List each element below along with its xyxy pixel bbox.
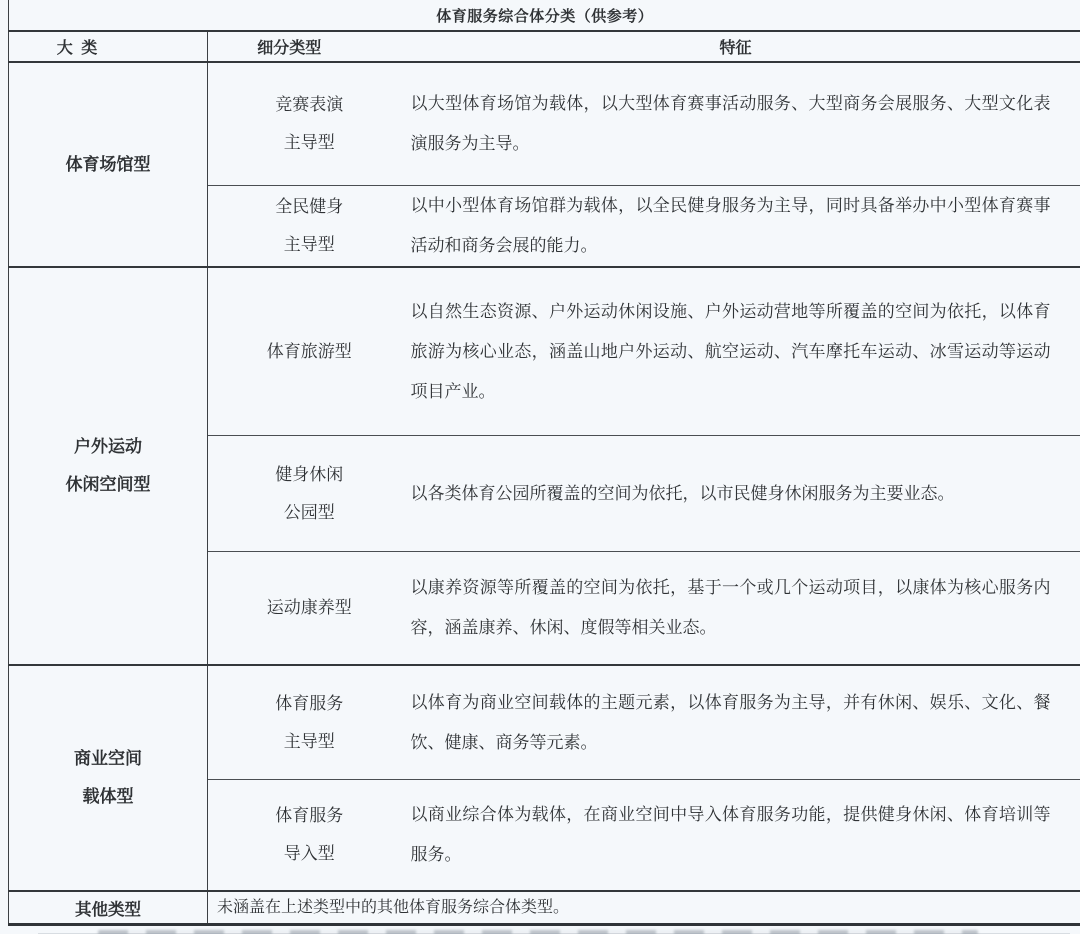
subtype-label: 体育旅游型 [267,333,352,371]
subtype-cell: 体育服务 导入型 [208,780,411,892]
table-row: 户外运动 休闲空间型 体育旅游型 以自然生态资源、户外运动休闲设施、户外运动营地… [9,267,1080,436]
feature-cell: 以大型体育场馆为载体，以大型体育赛事活动服务、大型商务会展服务、大型文化表演服务… [411,62,1080,186]
category-cell-other: 其他类型 [9,891,208,925]
category-cell: 商业空间 载体型 [9,665,208,891]
feature-cell: 以中小型体育场馆群为载体，以全民健身服务为主导，同时具备举办中小型体育赛事活动和… [411,186,1080,268]
category-label: 户外运动 [74,428,142,466]
cutoff-next-content [8,926,1080,934]
feature-cell: 以自然生态资源、户外运动休闲设施、户外运动营地等所覆盖的空间为依托，以体育旅游为… [411,267,1080,436]
subtype-label: 体育服务 [275,685,343,723]
feature-text: 以康养资源等所覆盖的空间为依托，基于一个或几个运动项目，以康体为核心服务内容，涵… [411,568,1080,648]
subtype-cell: 竞赛表演 主导型 [208,62,411,186]
feature-cell: 以各类体育公园所覆盖的空间为依托，以市民健身休闲服务为主要业态。 [411,436,1080,552]
document-sheet: 体育服务综合体分类（供参考） 大 类 细分类型 特征 体育场馆型 竞赛表演 主导… [0,0,1080,934]
category-label: 商业空间 [74,740,142,778]
column-header-feature: 特征 [411,31,1080,62]
subtype-label: 主导型 [284,723,335,761]
subtype-label: 健身休闲 [275,456,343,494]
subtype-label: 公园型 [284,494,335,532]
feature-cell-other: 未涵盖在上述类型中的其他体育服务综合体类型。 [208,891,1080,925]
subtype-label: 主导型 [284,226,335,264]
category-label: 休闲空间型 [66,466,151,504]
feature-text: 以体育为商业空间载体的主题元素，以体育服务为主导，并有休闲、娱乐、文化、餐饮、健… [411,683,1080,763]
subtype-cell: 全民健身 主导型 [208,186,411,268]
title-row: 体育服务综合体分类（供参考） [9,0,1080,31]
column-header-category: 大 类 [9,31,208,62]
category-cell: 户外运动 休闲空间型 [9,267,208,665]
feature-text: 未涵盖在上述类型中的其他体育服务综合体类型。 [208,892,1080,923]
feature-cell: 以康养资源等所覆盖的空间为依托，基于一个或几个运动项目，以康体为核心服务内容，涵… [411,552,1080,666]
column-header-subtype: 细分类型 [208,31,411,62]
feature-text: 以大型体育场馆为载体，以大型体育赛事活动服务、大型商务会展服务、大型文化表演服务… [411,84,1080,164]
subtype-label: 主导型 [284,124,335,162]
classification-table: 体育服务综合体分类（供参考） 大 类 细分类型 特征 体育场馆型 竞赛表演 主导… [8,0,1080,926]
subtype-cell: 体育服务 主导型 [208,665,411,780]
category-label: 体育场馆型 [66,146,151,184]
table-row: 商业空间 载体型 体育服务 主导型 以体育为商业空间载体的主题元素，以体育服务为… [9,665,1080,780]
subtype-label: 运动康养型 [267,589,352,627]
header-row: 大 类 细分类型 特征 [9,31,1080,62]
subtype-cell: 运动康养型 [208,552,411,666]
cutoff-text-smudge [98,930,978,934]
subtype-cell: 健身休闲 公园型 [208,436,411,552]
feature-cell: 以体育为商业空间载体的主题元素，以体育服务为主导，并有休闲、娱乐、文化、餐饮、健… [411,665,1080,780]
feature-text: 以自然生态资源、户外运动休闲设施、户外运动营地等所覆盖的空间为依托，以体育旅游为… [411,292,1080,412]
category-cell: 体育场馆型 [9,62,208,267]
subtype-label: 体育服务 [275,797,343,835]
feature-text: 以商业综合体为载体，在商业空间中导入体育服务功能，提供健身休闲、体育培训等服务。 [411,795,1080,875]
category-label: 载体型 [83,778,134,816]
table-title: 体育服务综合体分类（供参考） [9,0,1080,31]
table-row: 体育场馆型 竞赛表演 主导型 以大型体育场馆为载体，以大型体育赛事活动服务、大型… [9,62,1080,186]
subtype-label: 全民健身 [275,188,343,226]
subtype-cell: 体育旅游型 [208,267,411,436]
feature-text: 以各类体育公园所覆盖的空间为依托，以市民健身休闲服务为主要业态。 [411,474,1080,514]
table-row-other: 其他类型 未涵盖在上述类型中的其他体育服务综合体类型。 [9,891,1080,925]
subtype-label: 导入型 [284,835,335,873]
feature-text: 以中小型体育场馆群为载体，以全民健身服务为主导，同时具备举办中小型体育赛事活动和… [411,186,1080,266]
subtype-label: 竞赛表演 [275,86,343,124]
feature-cell: 以商业综合体为载体，在商业空间中导入体育服务功能，提供健身休闲、体育培训等服务。 [411,780,1080,892]
